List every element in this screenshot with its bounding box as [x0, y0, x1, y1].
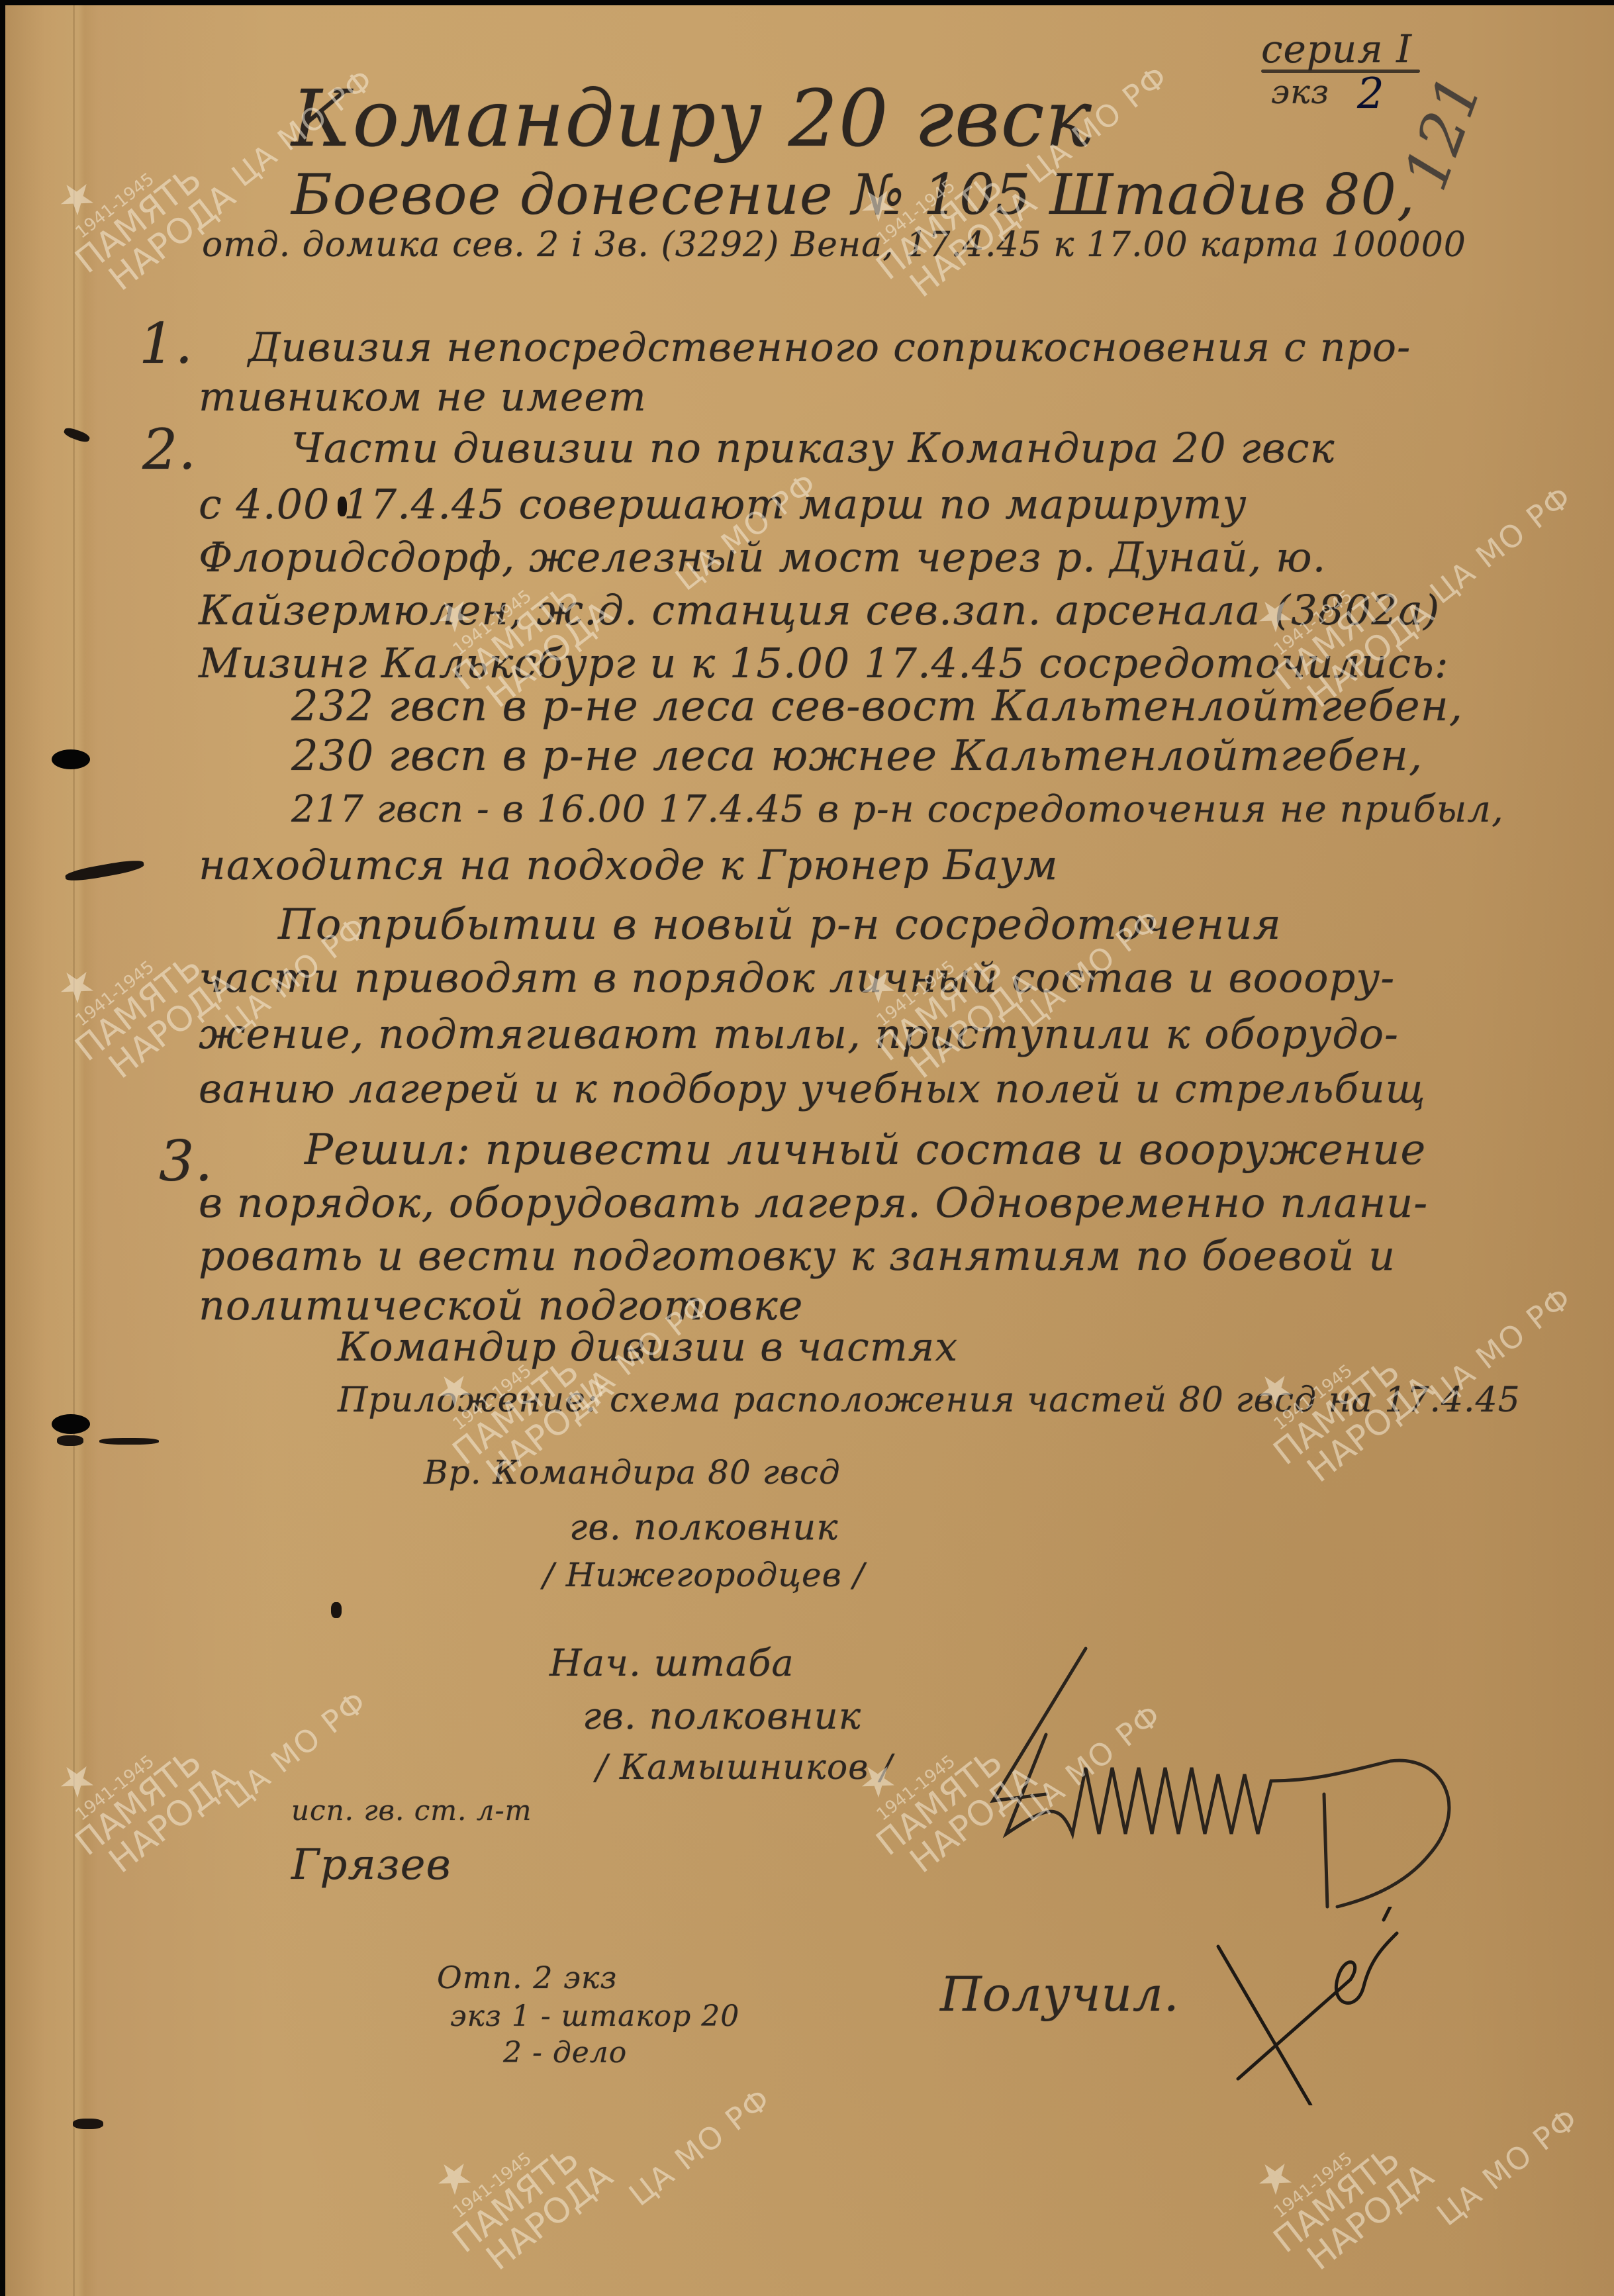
distribution-line: экз 1 - штакор 20: [450, 1999, 739, 2033]
paragraph-line: 217 гвсп - в 16.00 17.4.45 в р-н сосредо…: [291, 788, 1504, 831]
receiver-signature: [1211, 1907, 1423, 2105]
paragraph-number: 2.: [142, 417, 197, 482]
attachment-note: Приложение: схема расположения частей 80…: [338, 1380, 1521, 1420]
paragraph-line: Решил: привести личный состав и вооружен…: [305, 1125, 1426, 1174]
paragraph-line: политической подготовке: [199, 1281, 804, 1329]
executor-label: исп. гв. ст. л-т: [291, 1794, 532, 1827]
paragraph-number: 1.: [139, 311, 193, 376]
signatory-name: / Камышников /: [596, 1748, 892, 1788]
paragraph-line: По прибытии в новый р-н сосредоточения: [278, 900, 1282, 949]
series-mark: серия I: [1261, 26, 1412, 72]
paragraph-line: в порядок, оборудовать лагеря. Одновреме…: [199, 1178, 1428, 1227]
commander-location: Командир дивизии в частях: [338, 1324, 958, 1370]
paragraph-line: ровать и вести подготовку к занятиям по …: [199, 1231, 1396, 1280]
punch-hole: [52, 1414, 90, 1434]
report-title: Боевое донесение № 105 Штадив 80,: [291, 162, 1415, 227]
paragraph-line: 230 гвсп в р-не леса южнее Кальтенлойтге…: [291, 732, 1423, 781]
paper-tear: [73, 2119, 103, 2129]
paragraph-line: жение, подтягивают тылы, приступили к об…: [199, 1010, 1399, 1058]
paragraph-line: находится на подходе к Грюнер Баум: [199, 841, 1059, 889]
handwritten-signature: [967, 1635, 1509, 1913]
paragraph-line: Кайзермюлен, ж.д. станция сев.зап. арсен…: [199, 586, 1440, 634]
distribution-line: Отп. 2 экз: [437, 1960, 617, 1995]
signatory-name: / Нижегородцев /: [543, 1556, 865, 1594]
paper-tear: [99, 1438, 159, 1445]
copy-label: экз: [1271, 73, 1329, 111]
distribution-line: 2 - дело: [503, 2036, 627, 2070]
signatory-rank: гв. полковник: [583, 1695, 861, 1738]
paragraph-line: части приводят в порядок личный состав и…: [199, 953, 1395, 1002]
report-location-date: отд. домика сев. 2 i 3в. (3292) Вена, 17…: [202, 225, 1466, 265]
paragraph-line: Части дивизии по приказу Командира 20 гв…: [291, 424, 1335, 472]
signatory-role: Нач. штаба: [549, 1642, 794, 1685]
received-label: Получил.: [940, 1966, 1180, 2022]
paragraph-line: с 4.00 17.4.45 совершают марш по маршрут…: [199, 480, 1247, 528]
scan-border-left: [0, 0, 5, 2296]
addressee: Командиру 20 гвск: [291, 73, 1092, 164]
punch-hole: [52, 749, 90, 769]
scan-border-top: [0, 0, 1614, 5]
paragraph-line: Флоридсдорф, железный мост через р. Дуна…: [199, 533, 1326, 581]
paper-fold-line: [73, 5, 75, 2296]
paper-tear: [331, 1602, 342, 1618]
signatory-role: Вр. Командира 80 гвсд: [424, 1453, 841, 1492]
paragraph-line: ванию лагерей и к подбору учебных полей …: [199, 1066, 1426, 1112]
paragraph-line: Мизинг Кальксбург и к 15.00 17.4.45 соср…: [199, 639, 1449, 687]
paper-tear: [57, 1435, 83, 1446]
paragraph-line: 232 гвсп в р-не леса сев-вост Кальтенлой…: [291, 682, 1463, 731]
paragraph-line: Дивизия непосредственного соприкосновени…: [248, 324, 1411, 371]
signatory-rank: гв. полковник: [569, 1506, 839, 1548]
copy-number: 2: [1357, 70, 1385, 119]
paragraph-line: тивником не имеет: [199, 374, 647, 420]
executor-name: Грязев: [291, 1841, 451, 1889]
